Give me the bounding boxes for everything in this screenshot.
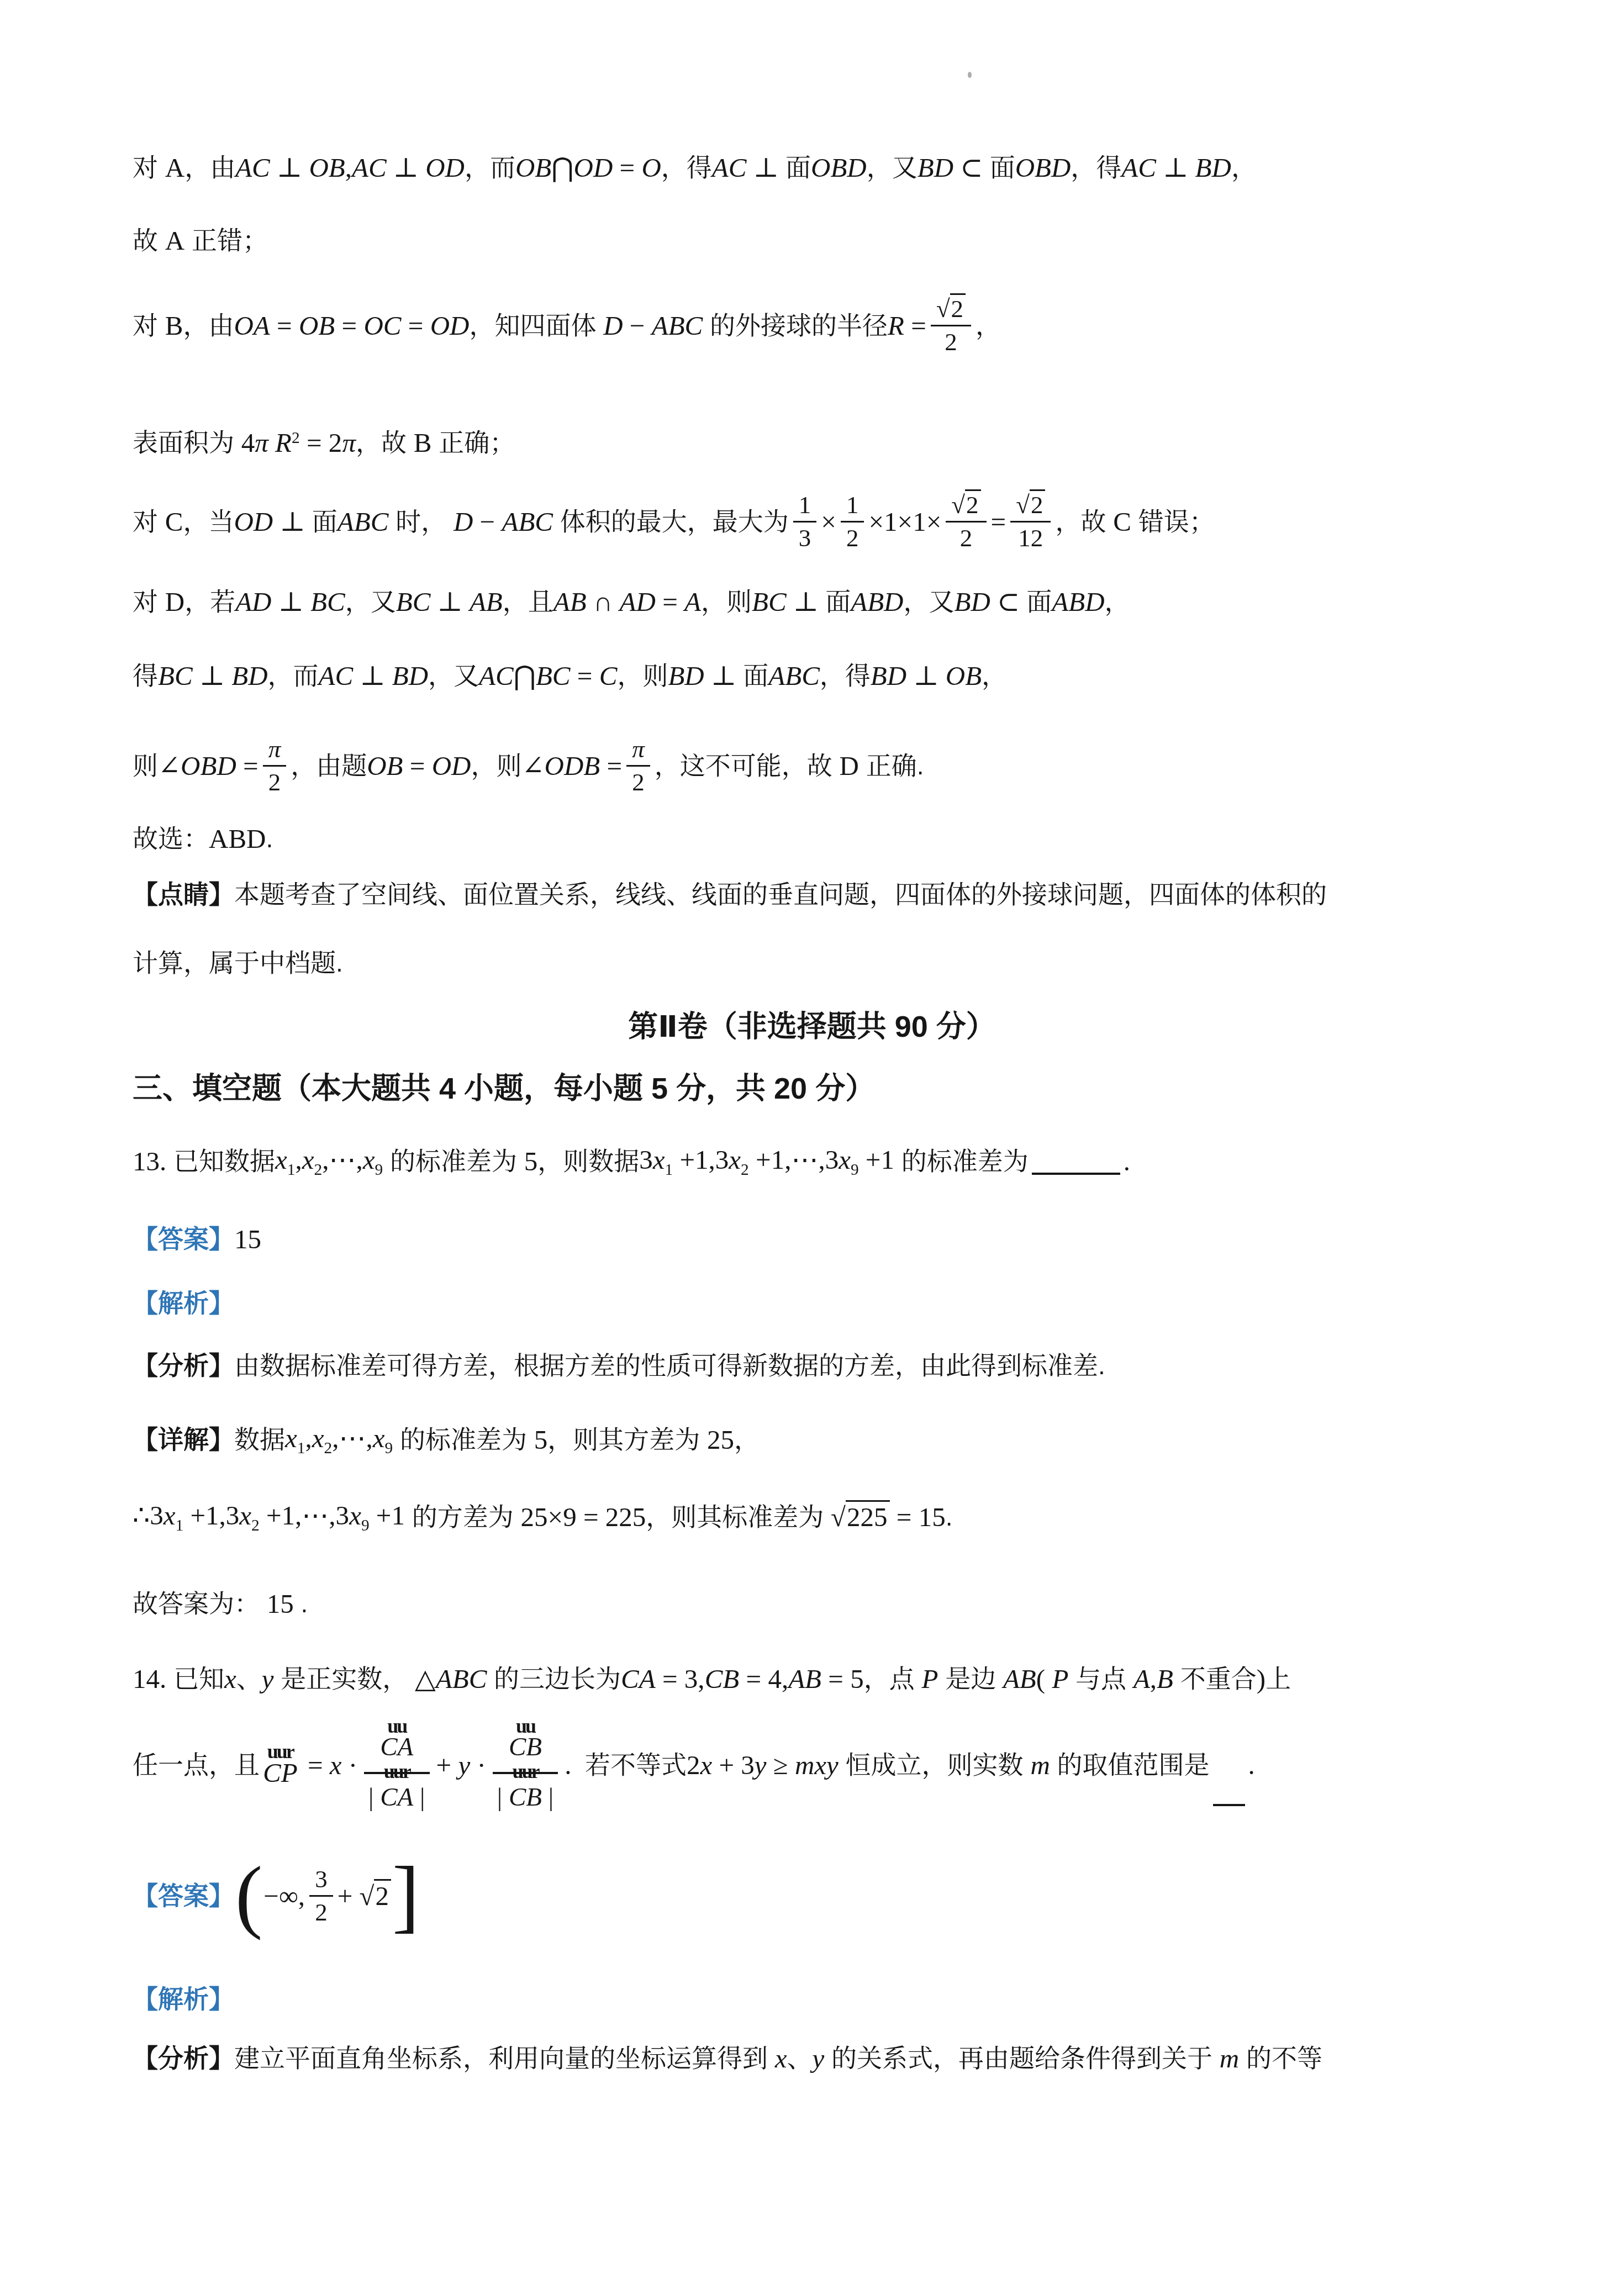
math-variable: AC	[712, 152, 747, 183]
math-run: OB = OD	[367, 748, 471, 784]
math-run: ABC	[768, 658, 820, 694]
line-q13-xiangjie-2: ∴3x1 +1,3x2 +1,⋯,3x9 +1 的方差为 25×9 = 225，…	[133, 1498, 952, 1536]
numerator: π	[263, 735, 287, 767]
text-run: ，	[982, 659, 1007, 693]
math-run: √225 = 15	[831, 1500, 946, 1535]
bracket-label: 【答案】	[133, 1223, 234, 1256]
math-run: BC ⊥ AB	[396, 584, 503, 620]
math-variable: OD	[425, 152, 465, 183]
text-run: ，若	[184, 585, 235, 619]
math-variable: π	[342, 428, 356, 458]
math-variable: CB	[509, 1783, 542, 1812]
math-run: AC ⊥ OB,AC ⊥ OD	[235, 150, 465, 186]
text-run: 、	[236, 1663, 262, 1696]
text-run: ，由	[184, 151, 235, 184]
denominator: | CA |	[364, 1783, 429, 1811]
line-q14: 14. 已知x、y 是正实数， △ABC 的三边长为CA = 3,CB = 4,…	[133, 1661, 1291, 1697]
numerator: √2	[946, 490, 986, 523]
math-variable: R	[888, 310, 904, 341]
text-run: 三、填空题（本大题共 4 小题，每小题 5 分，共 20 分）	[133, 1069, 875, 1108]
math-run: P	[921, 1661, 938, 1697]
math-variable: BD	[1195, 152, 1231, 183]
math-run: AC ⊥ BD	[1121, 150, 1231, 186]
math-run: )	[1257, 1661, 1266, 1697]
math-variable: m	[1030, 1750, 1050, 1780]
math-variable: CA	[380, 1783, 413, 1812]
line-option-a-result: 故 A 正错；	[133, 223, 268, 258]
math-variable: CA	[621, 1664, 656, 1694]
math-run: 3x1 +1,3x2 +1,⋯,3x9 +1	[639, 1142, 894, 1180]
math-variable: AC	[352, 152, 387, 183]
math-run: y	[813, 2041, 825, 2076]
math-run: BC ⊥	[752, 584, 825, 620]
math-variable: OBD	[1015, 152, 1071, 183]
text-run: ，知四面体	[469, 309, 603, 342]
math-run: OD ⊥	[234, 504, 312, 540]
text-run: 体积的最大，最大为	[553, 505, 789, 539]
math-variable: OA	[234, 310, 270, 341]
math-variable: y	[813, 2043, 825, 2073]
numerator: √2	[1010, 490, 1051, 523]
text-run: ，则其标准差为	[646, 1501, 831, 1534]
math-run: 2x + 3y ≥ mxy	[687, 1748, 839, 1783]
text-run: 的标准差为	[894, 1145, 1029, 1178]
text-run: 已知数据	[166, 1145, 275, 1178]
text-run: ，则	[701, 585, 752, 619]
math-run: △ABC	[415, 1661, 487, 1697]
text-run: 面	[990, 151, 1015, 184]
text-run: 面	[312, 505, 338, 539]
math-run: B	[165, 308, 183, 344]
math-run: 5	[534, 1422, 548, 1458]
math-variable: π	[632, 735, 645, 763]
subscript: 1	[287, 1161, 296, 1179]
math-run: AB ∩ AD = A	[553, 584, 701, 620]
math-variable: π	[255, 428, 268, 458]
math-variable: ABC	[338, 506, 389, 537]
line-dianjing-2: 计算，属于中档题.	[133, 947, 343, 980]
text-run: 的三边长为	[487, 1663, 621, 1696]
math-variable: A	[684, 587, 701, 617]
math-run: = x ·	[301, 1748, 357, 1783]
denominator: | CB |	[493, 1783, 558, 1811]
math-run: C	[1113, 504, 1131, 540]
math-variable: OB	[946, 661, 982, 691]
line-q13-jiexi: 【解析】	[133, 1287, 234, 1320]
bracket-label: 【分析】	[133, 2042, 234, 2075]
math-run: BD ⊥	[668, 658, 743, 694]
text-run: 已知	[166, 1663, 224, 1696]
line-answer-choice: 故选：ABD.	[133, 821, 273, 857]
math-variable: x	[330, 1750, 342, 1780]
text-run: ，	[1105, 585, 1130, 619]
text-run: ，又	[428, 659, 479, 693]
text-run: 不重合	[1173, 1663, 1257, 1696]
text-run: ，又	[345, 585, 396, 619]
math-variable: BC	[158, 661, 193, 691]
math-variable: OB	[299, 310, 335, 341]
math-run: 14.	[133, 1661, 166, 1697]
text-run: ，得	[1071, 151, 1121, 184]
radicand: 225	[846, 1500, 890, 1532]
numerator: CB	[504, 1734, 546, 1761]
denominator: 2	[626, 767, 650, 797]
math-variable: AC	[479, 661, 514, 691]
text-run: 若不等式	[585, 1749, 687, 1782]
text-run: 任一点，且	[133, 1749, 260, 1782]
text-run: 上	[1266, 1663, 1291, 1696]
text-run: ，且	[503, 585, 553, 619]
math-run: ∠ODB =	[521, 748, 622, 784]
math-variable: ABC	[768, 661, 820, 691]
math-variable: AB	[1003, 1664, 1036, 1694]
math-variable: OD	[430, 310, 470, 341]
math-run: BC ⊥ BD	[158, 658, 268, 694]
math-variable: x	[312, 1423, 324, 1453]
fraction: π2	[626, 735, 650, 797]
text-run: 对	[133, 585, 165, 619]
fraction: √22	[946, 490, 986, 553]
text-run: 对	[133, 505, 165, 539]
text-run: 正错；	[184, 224, 268, 257]
math-variable: x	[700, 1750, 712, 1780]
radicand: 2	[374, 1879, 391, 1911]
line-q14-2: 任一点，且uurCP = x ·uuCAuur| CA |+ y ·uuCBuu…	[133, 1719, 1255, 1812]
math-run: 15	[234, 1222, 261, 1257]
text-run: 则	[133, 750, 158, 783]
math-variable: ABC	[502, 506, 553, 537]
bracket-label: 【分析】	[133, 1349, 234, 1383]
line-q14-answer: 【答案】(−∞,32+ √2]	[133, 1862, 420, 1929]
math-variable: ABC	[436, 1664, 487, 1694]
vector-arrow-artifact: uur	[384, 1761, 410, 1782]
text-run: 错误；	[1131, 505, 1215, 539]
math-variable: AB	[470, 587, 503, 617]
line-option-d-2: 得BC ⊥ BD，而AC ⊥ BD，又AC⋂BC = C，则BD ⊥ 面ABC，…	[133, 658, 1007, 694]
math-run: ∴3x1 +1,3x2 +1,⋯,3x9 +1	[133, 1498, 405, 1536]
math-run: B	[414, 425, 432, 461]
math-variable: ODB	[545, 751, 600, 781]
math-run: m	[1220, 2041, 1239, 2076]
heading-section-2: 第Ⅱ卷（非选择题共 90 分）	[0, 1007, 1624, 1046]
vector-arrow-artifact: uur	[512, 1761, 538, 1782]
math-variable: D	[454, 506, 473, 537]
text-run: 故选：	[133, 822, 209, 856]
text-run: 的标准差为	[383, 1145, 524, 1178]
math-variable: x	[373, 1423, 385, 1453]
text-run: ，这不可能，故	[655, 750, 840, 783]
math-variable: ABD	[1052, 587, 1104, 617]
math-variable: m	[1220, 2043, 1239, 2073]
vector-base: CP	[263, 1759, 298, 1786]
math-variable: BC	[310, 587, 345, 617]
line-q14-fenxi: 【分析】建立平面直角坐标系，利用向量的坐标运算得到 x、y 的关系式，再由题给条…	[133, 2041, 1322, 2076]
text-run: 的关系式，再由题给条件得到关于	[824, 2042, 1220, 2075]
math-run: ABD	[1052, 584, 1104, 620]
line-q13: 13. 已知数据x1,x2,⋯,x9 的标准差为 5，则数据3x1 +1,3x2…	[133, 1142, 1130, 1180]
text-run: 对	[133, 151, 165, 184]
math-variable: OB	[515, 152, 551, 183]
text-run: ，	[734, 1423, 760, 1457]
sqrt-radical: √225	[831, 1500, 889, 1532]
text-run: 建立平面直角坐标系，利用向量的坐标运算得到	[234, 2042, 775, 2075]
math-variable: P	[1052, 1664, 1068, 1694]
math-variable: π	[268, 735, 281, 763]
math-run: OBD	[1015, 150, 1071, 186]
math-run: + √2	[338, 1879, 391, 1914]
math-run: BD ⊂	[954, 584, 1026, 620]
math-variable: B	[1157, 1664, 1173, 1694]
denominator: 12	[1013, 523, 1048, 553]
text-run: .	[946, 1501, 953, 1534]
text-run: 与点	[1068, 1663, 1133, 1696]
math-run: CA = 3,CB = 4,AB = 5	[621, 1661, 864, 1697]
text-run: 的不等	[1239, 2042, 1322, 2075]
line-q13-answer: 【答案】15	[133, 1222, 261, 1257]
text-run: 的方差为	[405, 1501, 521, 1534]
math-variable: y	[262, 1664, 274, 1694]
denominator: 2	[955, 523, 978, 553]
blank-underline	[1032, 1166, 1120, 1175]
math-run: A,B	[1133, 1661, 1173, 1697]
math-run: D − ABC	[603, 308, 703, 344]
superscript: 2	[292, 429, 300, 447]
math-run: 13.	[133, 1144, 166, 1179]
line-option-b: 对 B，由OA = OB = OC = OD，知四面体 D − ABC 的外接球…	[133, 294, 1001, 357]
math-variable: A	[1133, 1664, 1150, 1694]
vector-term: uurCP	[263, 1744, 298, 1786]
math-variable: x	[729, 1144, 741, 1175]
big-delimiter: ]	[392, 1862, 419, 1929]
sqrt-radical: √2	[1016, 489, 1045, 519]
text-run: 故	[133, 224, 165, 257]
text-run: ，则其方差为	[547, 1423, 707, 1457]
math-run: x	[775, 2041, 787, 2076]
vector-arrow-artifact: uu	[387, 1719, 406, 1734]
text-run: ，点	[864, 1663, 922, 1696]
math-run: OA = OB = OC = OD	[234, 308, 469, 344]
subscript: 2	[314, 1161, 322, 1179]
bracket-label: 【点睛】	[133, 878, 234, 911]
math-run: OBD	[811, 150, 867, 186]
math-run: R =	[888, 308, 926, 344]
math-variable: x	[302, 1144, 314, 1175]
math-run: D − ABC	[454, 504, 553, 540]
text-run: 是正实数，	[274, 1663, 415, 1696]
line-q13-xiangjie: 【详解】数据x1,x2,⋯,x9 的标准差为 5，则其方差为 25，	[133, 1421, 760, 1459]
blank-underline	[1213, 1797, 1245, 1806]
math-run: D	[839, 748, 858, 784]
text-run: 故答案为：	[133, 1587, 267, 1621]
math-variable: y	[458, 1750, 470, 1780]
text-run: ，得	[820, 659, 871, 693]
text-run: 、	[787, 2042, 813, 2075]
math-variable: x	[653, 1144, 665, 1175]
math-run: ABD	[851, 584, 903, 620]
math-run: ×	[821, 504, 836, 540]
radicand: 2	[950, 293, 966, 323]
denominator: 3	[793, 523, 817, 553]
math-run: OB⋂OD = O	[515, 150, 661, 186]
math-variable: AC	[1121, 152, 1156, 183]
math-variable: CP	[263, 1758, 298, 1788]
subscript: 1	[175, 1517, 183, 1534]
text-run: 是边	[938, 1663, 1003, 1696]
text-run: ，则	[471, 750, 521, 783]
document-page: 对 A，由AC ⊥ OB,AC ⊥ OD，而OB⋂OD = O，得AC ⊥ 面O…	[0, 0, 1624, 2290]
vector-fraction: uuCAuur| CA |	[364, 1719, 429, 1812]
text-run: ，故	[1055, 505, 1113, 539]
math-run: .	[1248, 1748, 1255, 1783]
math-run: AB	[1003, 1661, 1036, 1697]
math-run: ( P	[1036, 1661, 1069, 1697]
math-run: x	[224, 1661, 236, 1697]
fraction-bar: uur	[364, 1761, 429, 1783]
text-run: ，	[1231, 151, 1257, 184]
math-variable: BD	[668, 661, 704, 691]
text-run: ，得	[661, 151, 712, 184]
subscript: 2	[324, 1439, 332, 1457]
numerator: √2	[931, 294, 971, 326]
line-q13-fenxi: 【分析】由数据标准差可得方差，根据方差的性质可得新数据的方差，由此得到标准差.	[133, 1349, 1105, 1383]
math-variable: mxy	[795, 1750, 839, 1780]
fraction: 32	[309, 1865, 333, 1927]
sqrt-radical: √2	[360, 1879, 391, 1911]
math-run: BD ⊂	[918, 150, 990, 186]
sqrt-radical: √2	[936, 293, 966, 323]
line-dianjing: 【点睛】本题考查了空间线、面位置关系，线线、线面的垂直问题，四面体的外接球问题，…	[133, 878, 1327, 911]
math-variable: CB	[509, 1733, 542, 1761]
math-run: 15	[267, 1586, 294, 1622]
text-run: 面	[785, 151, 811, 184]
vector-arrow-artifact: uu	[516, 1719, 535, 1734]
math-run: 4π R2 = 2π	[241, 425, 356, 461]
text-run: 得	[133, 659, 158, 693]
radicand: 2	[1030, 489, 1046, 519]
math-variable: BD	[231, 661, 267, 691]
math-variable: BD	[954, 587, 990, 617]
sqrt-radical: √2	[951, 489, 980, 519]
bracket-label: 【答案】	[133, 1880, 234, 1913]
math-run: =	[991, 504, 1006, 540]
text-run: ，又	[903, 585, 954, 619]
math-variable: x	[164, 1500, 176, 1531]
math-variable: x	[275, 1144, 287, 1175]
numerator: π	[626, 735, 650, 767]
math-variable: AD	[235, 587, 271, 617]
subscript: 2	[741, 1161, 749, 1179]
text-run: ，而	[465, 151, 515, 184]
math-variable: OD	[234, 506, 273, 537]
line-q14-jiexi: 【解析】	[133, 1983, 234, 2016]
text-run: 正确.	[859, 750, 924, 783]
bracket-label: 【解析】	[133, 1983, 234, 2016]
fraction: π2	[263, 735, 287, 797]
math-run: D	[165, 584, 184, 620]
math-variable: O	[641, 152, 661, 183]
denominator: 2	[263, 767, 287, 797]
math-variable: BD	[918, 152, 953, 183]
bracket-label: 【详解】	[133, 1423, 234, 1457]
math-variable: AB	[788, 1664, 821, 1694]
text-run: ，	[976, 309, 1001, 342]
math-variable: ABC	[652, 310, 703, 341]
math-variable: AB	[553, 587, 587, 617]
math-variable: CA	[380, 1733, 413, 1761]
text-run: ，则数据	[537, 1145, 639, 1178]
numerator: 3	[309, 1865, 333, 1897]
big-delimiter: (	[235, 1862, 262, 1929]
text-run: 恒成立，则实数	[839, 1749, 1031, 1782]
math-variable: x	[239, 1500, 251, 1531]
math-variable: OB	[309, 152, 345, 183]
text-run: ，则	[617, 659, 668, 693]
math-run: A	[165, 223, 184, 258]
math-variable: OBD	[181, 751, 236, 781]
line-q13-final-answer: 故答案为： 15 .	[133, 1586, 308, 1622]
math-run: y	[262, 1661, 274, 1697]
math-run: + y ·	[436, 1748, 486, 1783]
bracket-label: 【解析】	[133, 1287, 234, 1320]
vector-fraction: uuCBuur| CB |	[493, 1719, 558, 1812]
text-run: 正确；	[431, 426, 515, 460]
line-option-d-3: 则∠OBD =π2，由题OB = OD，则∠ODB =π2，这不可能，故 D 正…	[133, 735, 924, 797]
line-option-a: 对 A，由AC ⊥ OB,AC ⊥ OD，而OB⋂OD = O，得AC ⊥ 面O…	[133, 150, 1257, 186]
text-run: 表面积为	[133, 426, 241, 460]
denominator: 2	[939, 326, 963, 357]
subscript: 9	[375, 1161, 383, 1179]
math-run: .	[565, 1748, 585, 1783]
line-option-c: 对 C，当OD ⊥ 面ABC 时， D − ABC 体积的最大，最大为13×12…	[133, 490, 1215, 553]
text-run: 面	[825, 585, 851, 619]
text-run: ，由题	[291, 750, 367, 783]
math-variable: BC	[536, 661, 571, 691]
text-run: 计算，属于中档题.	[133, 947, 343, 980]
math-run: AC ⊥	[712, 150, 785, 186]
text-run: 的外接球的半径	[703, 309, 888, 342]
line-option-b-result: 表面积为 4π R2 = 2π，故 B 正确；	[133, 425, 515, 461]
math-variable: CB	[705, 1664, 740, 1694]
scan-artifact-dot	[968, 72, 972, 78]
math-variable: BD	[392, 661, 428, 691]
math-run: AC ⊥ BD	[319, 658, 429, 694]
math-variable: OB	[367, 751, 403, 781]
math-variable: ABD	[851, 587, 903, 617]
math-variable: OD	[574, 152, 613, 183]
math-run: m	[1030, 1748, 1050, 1783]
subscript: 9	[361, 1517, 370, 1534]
math-run: AC⋂BC = C	[479, 658, 617, 694]
math-variable: C	[599, 661, 618, 691]
fraction: 13	[793, 490, 817, 553]
math-run: ×1×1×	[868, 504, 941, 540]
math-run: 25×9 = 225	[521, 1500, 646, 1535]
math-run: x1,x2,⋯,x9	[285, 1421, 393, 1459]
math-variable: AD	[620, 587, 656, 617]
math-run: AD ⊥ BC	[235, 584, 345, 620]
subscript: 2	[251, 1517, 260, 1534]
math-variable: BD	[871, 661, 906, 691]
math-variable: AC	[319, 661, 354, 691]
text-run: ，故	[356, 426, 414, 460]
math-variable: P	[921, 1664, 938, 1694]
subscript: 1	[665, 1161, 673, 1179]
text-run: 的取值范围是	[1050, 1749, 1210, 1782]
math-run: −∞,	[263, 1879, 305, 1914]
text-run: .	[294, 1587, 308, 1621]
text-run: 面	[1026, 585, 1052, 619]
fraction: √22	[931, 294, 971, 357]
